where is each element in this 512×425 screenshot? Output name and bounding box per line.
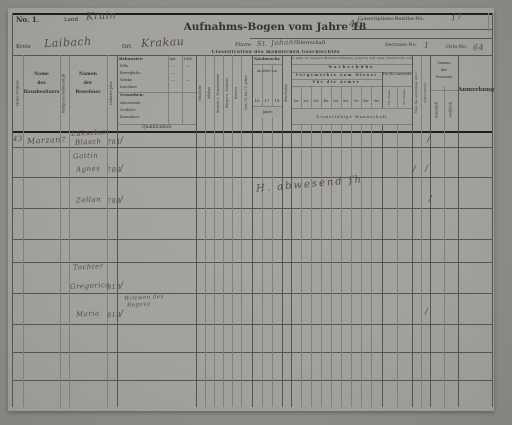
grid-line-vertical — [492, 13, 493, 407]
grid-line-vertical — [311, 86, 312, 407]
behaustet-row-2: Bewegliche — [120, 71, 140, 75]
handwritten-entry: Laibach — [44, 35, 92, 50]
handwritten-tally-mark: / — [120, 309, 124, 319]
clf-col-beamte: Beamte u. Honoratioren — [214, 58, 223, 128]
geworben-title: Geworben: — [120, 93, 144, 98]
handwritten-entry: Maria — [76, 309, 100, 318]
col-header-owner-3: Hausbesitzers — [23, 90, 60, 95]
class-2er: 2er — [301, 100, 311, 104]
behaustet-row-1: Edle — [120, 64, 128, 68]
herrschaft-label: Herrschaft — [298, 41, 326, 47]
summe-col-maennlich: männlich — [430, 91, 444, 129]
scanned-document-photo: No. 1. Land Conscriptions-Bezirks-No. Au… — [0, 0, 512, 425]
handwritten-entry: Marzan — [27, 135, 61, 146]
grid-line-vertical — [301, 86, 302, 407]
handwritten-entry: 46 — [349, 19, 363, 31]
summe-title-2: der — [430, 68, 458, 72]
handwritten-entry: Rogova — [127, 301, 151, 308]
handwritten-tally-mark: / — [120, 281, 124, 291]
clf-main-line3: Vorgemerkte zum Dienst — [291, 73, 382, 77]
form-number: No. 1. — [16, 16, 39, 24]
grid-line-horizontal — [252, 64, 282, 65]
orts-number-label: Orts-No. — [446, 45, 468, 51]
handwritten-entry: 7 — [61, 136, 66, 144]
geworben-row-3: Einwohner — [120, 115, 139, 119]
handwritten-tally-mark: / — [427, 135, 431, 145]
grid-line-vertical — [321, 86, 322, 407]
handwritten-entry: 64 — [473, 43, 485, 53]
handwritten-tally-mark: / — [429, 194, 433, 204]
behaustet-row-3: Wirthe — [120, 78, 132, 82]
behaustet-col-ind: Ind. — [166, 57, 180, 61]
handwritten-tally-mark: / — [425, 307, 429, 317]
handwritten-entry: Tochter — [73, 262, 104, 272]
behaustet-dash: — — [166, 78, 180, 82]
nachwuchs-year-16: 16 — [252, 99, 262, 104]
class-9er: 9er — [371, 100, 382, 104]
clf-armee-label: Für die Armee — [291, 80, 382, 84]
col-header-anmerkung: Anmerkung — [458, 87, 492, 93]
col-header-geburtsjahr: Geburts-Jahr — [107, 60, 117, 126]
clf-col-adelige: Adelige — [205, 58, 214, 128]
behaustet-col-1850: 1850 — [181, 57, 195, 61]
handwritten-tally-mark: / — [413, 164, 417, 174]
clf-col-ueber-alter: Über das wehrfähige Alter — [412, 58, 421, 128]
clf-col-gebrechliche: Gebrechliche — [421, 58, 430, 128]
pfarre-label: Pfarre — [235, 43, 251, 49]
behaustet-dash: — — [181, 64, 195, 68]
conscription-district-label: Conscriptions-Bezirks-No. — [358, 17, 458, 23]
kreis-label: Kreis — [16, 44, 31, 50]
grid-line-horizontal — [12, 13, 492, 15]
handwritten-tally-mark: / — [120, 164, 124, 174]
clf-landwehr-label: Für die Landwehr — [382, 73, 412, 77]
class-4er: 4er — [321, 100, 331, 104]
geworben-row-2: Zeitliche — [120, 108, 136, 112]
class-1er: 1er — [291, 100, 301, 104]
handwritten-entry: Gattin — [73, 151, 99, 160]
handwritten-entry: Krain — [86, 10, 117, 23]
qualification-label: Qualification — [117, 125, 196, 130]
clf-col-beurlaubte: Beurlaubte — [282, 58, 291, 128]
col-header-bewohner-3: Bewohner — [69, 90, 107, 95]
behaustet-title: Behaustet: — [119, 57, 143, 62]
class-6er: 6er — [341, 100, 351, 104]
ort-label: Ort — [122, 44, 131, 50]
col-header-bewohner-1: Namen — [69, 72, 107, 77]
grid-line-vertical — [397, 86, 398, 407]
col-header-haus-numer: Haus-Numer — [12, 60, 23, 126]
class-3er: 3er — [311, 100, 321, 104]
behaustet-row-4: Inwohner — [120, 85, 137, 89]
landwehr-col-1: 1te Classe — [382, 87, 397, 107]
col-header-owner-1: Name — [23, 72, 60, 77]
nachwuchs-sub: Im Alter von — [252, 70, 282, 74]
behaustet-dash: — — [166, 71, 180, 75]
grid-line-vertical — [23, 55, 24, 407]
grid-line-vertical — [351, 86, 352, 407]
handwritten-tally-mark: / — [425, 164, 429, 174]
handwritten-entry: Krakau — [141, 35, 185, 50]
col-header-religion: Religions-Bekenntniß — [60, 60, 69, 126]
clf-main-line2: Nachschübe — [291, 65, 412, 69]
handwritten-tally-mark: / — [120, 195, 124, 205]
nachwuchs-title: Nachwuchs — [252, 57, 282, 62]
landwehr-col-2: 2te Classe — [397, 87, 412, 107]
handwritten-tally-mark: / — [120, 136, 124, 146]
handwritten-entry: Agnes — [76, 164, 101, 173]
grid-line-vertical — [69, 55, 70, 407]
clf-col-geistliche: Geistliche — [196, 58, 205, 128]
col-header-bewohner-2: der — [69, 81, 107, 86]
grid-line-vertical — [331, 86, 332, 407]
clf-col-bauern: Bauern — [232, 58, 241, 128]
grid-line-vertical — [341, 86, 342, 407]
handwritten-entry: 43 — [13, 135, 23, 144]
summe-title-3: Personen — [430, 75, 458, 79]
clf-main-line1: In dem im engern Militärverbande gehörig… — [291, 57, 412, 60]
summe-col-weiblich: weiblich — [444, 91, 458, 129]
behaustet-dash: — — [166, 64, 180, 68]
handwritten-entry: Zellan — [76, 195, 102, 204]
nachwuchs-year-17: 17 — [262, 99, 272, 104]
jahre-band: Jahre — [253, 106, 282, 117]
handwritten-entry: 17 — [451, 13, 463, 23]
clf-col-buerger: Bürger u. Künstler — [223, 58, 232, 128]
clf-col-age: Vom 14. bis 15. Jahre — [241, 58, 252, 128]
page-title: Aufnahms-Bogen vom Jahre 18 — [180, 21, 370, 33]
grid-line-vertical — [361, 86, 362, 407]
class-7er: 7er — [351, 100, 361, 104]
grid-line-vertical — [371, 86, 372, 407]
grid-line-vertical — [117, 55, 118, 407]
classification-title: Classification des männlichen Geschlecht… — [196, 50, 356, 55]
sections-number-label: Sections-No. — [385, 43, 417, 49]
nachwuchs-year-18: 18 — [272, 99, 282, 104]
grid-line-horizontal — [352, 29, 492, 30]
class-8er: 8er — [361, 100, 371, 104]
grid-line-vertical — [488, 13, 489, 32]
handwritten-entry: Blasch — [75, 137, 102, 146]
land-label: Land — [64, 17, 78, 23]
geworben-row-1: Abwesende — [120, 101, 140, 105]
mannschaft-band: Dienstfähige Mannschaft — [292, 108, 412, 125]
handwritten-entry: 1 — [424, 41, 430, 50]
col-header-owner-2: des — [23, 81, 60, 86]
grid-line-vertical — [444, 86, 445, 407]
behaustet-dash: — — [181, 78, 195, 82]
class-5er: 5er — [331, 100, 341, 104]
summe-title-1: Summe — [430, 61, 458, 65]
grid-line-vertical — [458, 55, 459, 407]
